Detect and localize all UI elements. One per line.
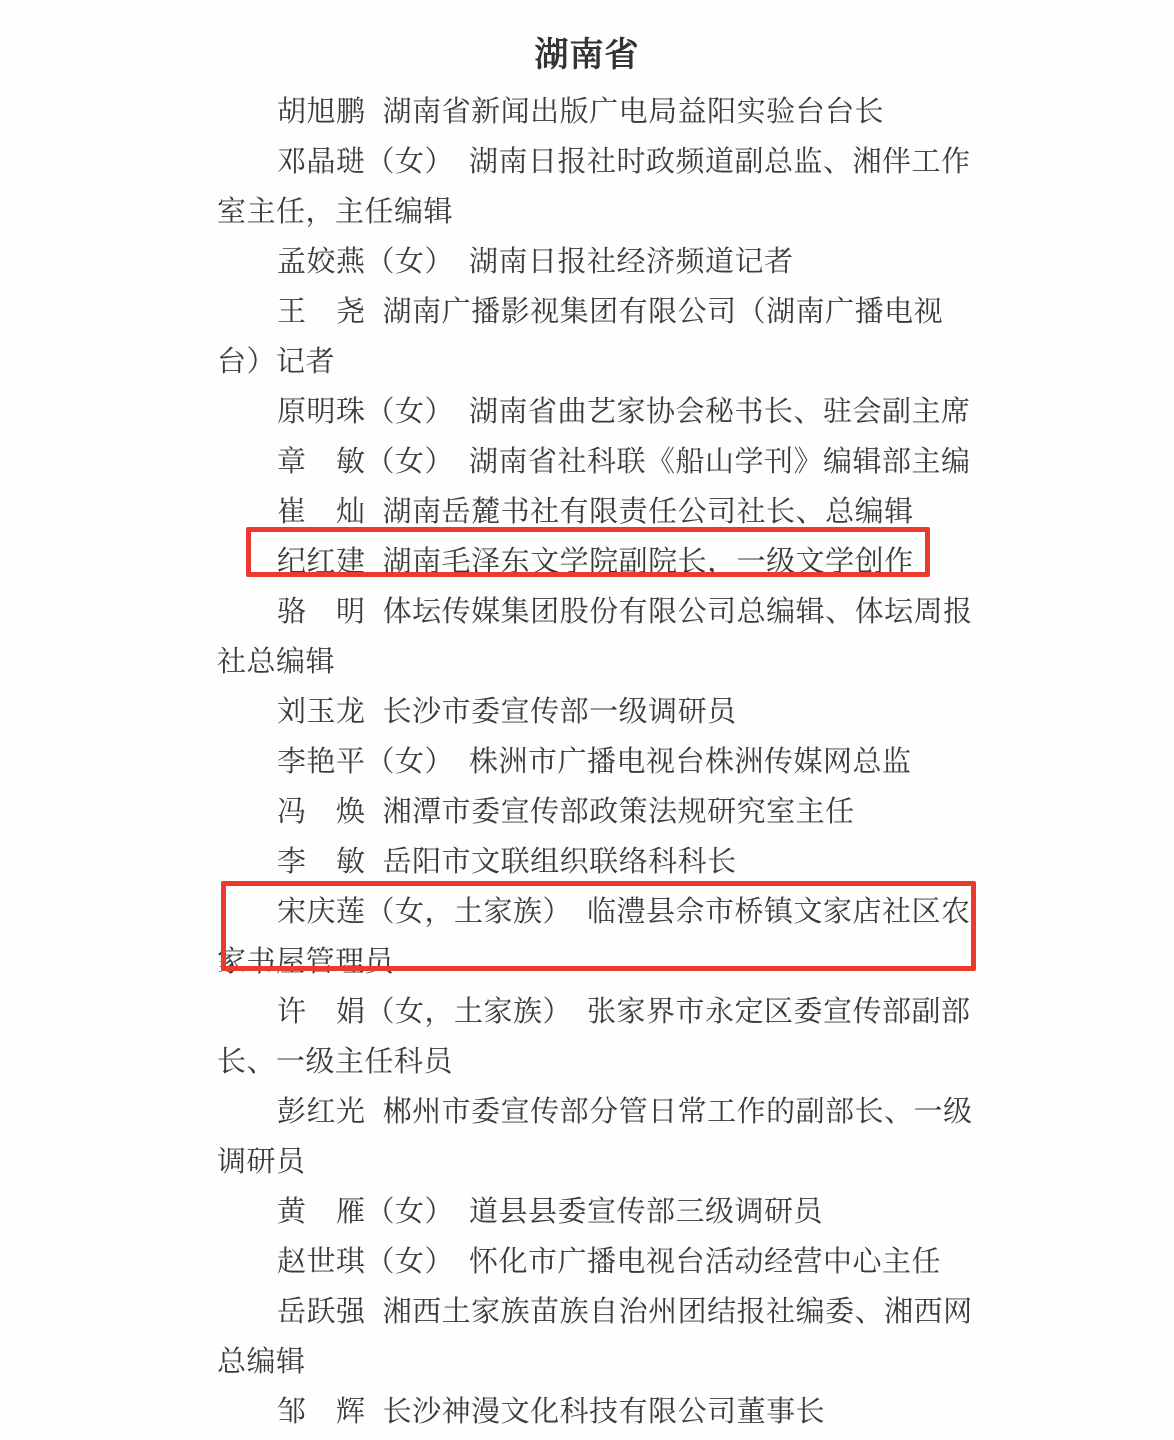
entry-line-11: 李艳平（女） 株洲市广播电视台株洲传媒网总监 [277,737,912,787]
entry-line-1: 胡旭鹏 湖南省新闻出版广电局益阳实验台台长 [277,87,884,137]
entry-line-14-highlighted: 宋庆莲（女，土家族） 临澧县佘市桥镇文家店社区农 [277,887,971,937]
page-title: 湖南省 [0,30,1174,80]
entry-line-14-highlighted: 家书屋管理员 [217,937,394,987]
entry-line-8-highlighted: 纪红建 湖南毛泽东文学院副院长，一级文学创作 [277,537,914,587]
entry-line-13: 李 敏 岳阳市文联组织联络科科长 [277,837,737,887]
entry-line-16: 调研员 [217,1137,306,1187]
entry-line-15: 长、一级主任科员 [217,1037,453,1087]
entry-line-5: 原明珠（女） 湖南省曲艺家协会秘书长、驻会副主席 [277,387,971,437]
entry-line-9: 骆 明 体坛传媒集团股份有限公司总编辑、体坛周报 [277,587,973,637]
entry-line-4: 台）记者 [217,337,335,387]
entry-line-12: 冯 焕 湘潭市委宣传部政策法规研究室主任 [277,787,855,837]
entry-line-16: 彭红光 郴州市委宣传部分管日常工作的副部长、一级 [277,1087,973,1137]
entry-line-18: 赵世琪（女） 怀化市广播电视台活动经营中心主任 [277,1237,941,1287]
entry-line-4: 王 尧 湖南广播影视集团有限公司（湖南广播电视 [277,287,943,337]
entry-line-7: 崔 灿 湖南岳麓书社有限责任公司社长、总编辑 [277,487,914,537]
entry-line-9: 社总编辑 [217,637,335,687]
entry-line-20: 邹 辉 长沙神漫文化科技有限公司董事长 [277,1387,825,1437]
entry-line-2: 邓晶琎（女） 湖南日报社时政频道副总监、湘伴工作 [277,137,971,187]
entry-line-15: 许 娟（女，土家族） 张家界市永定区委宣传部副部 [277,987,971,1037]
entry-line-19: 总编辑 [217,1337,306,1387]
entry-line-6: 章 敏（女） 湖南省社科联《船山学刊》编辑部主编 [277,437,971,487]
entry-line-19: 岳跃强 湘西土家族苗族自治州团结报社编委、湘西网 [277,1287,973,1337]
entry-line-17: 黄 雁（女） 道县县委宣传部三级调研员 [277,1187,823,1237]
entry-line-10: 刘玉龙 长沙市委宣传部一级调研员 [277,687,737,737]
entry-line-2: 室主任，主任编辑 [217,187,453,237]
document-page: 湖南省 胡旭鹏 湖南省新闻出版广电局益阳实验台台长邓晶琎（女） 湖南日报社时政频… [0,0,1174,1440]
entry-line-3: 孟姣燕（女） 湖南日报社经济频道记者 [277,237,794,287]
